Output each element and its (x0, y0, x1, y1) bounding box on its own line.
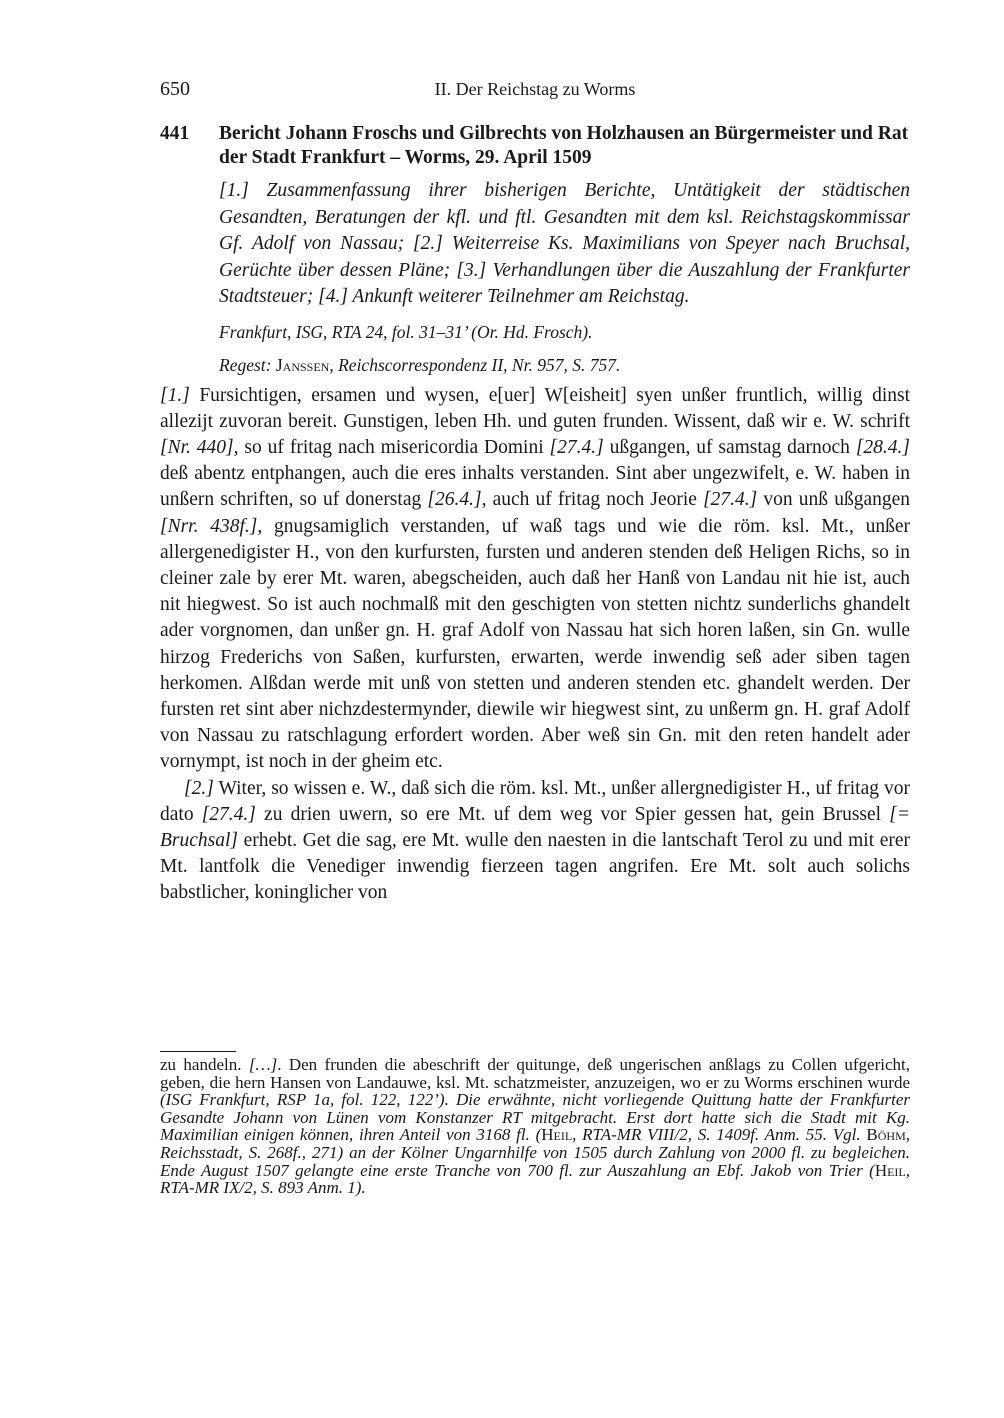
running-head: 650 II. Der Reichstag zu Worms (160, 78, 910, 108)
text-run: , gnugsamiglich verstanden, uf waß tags … (160, 516, 910, 773)
body-text: [1.] Fursichtigen, ersamen und wysen, e[… (160, 383, 910, 907)
text-run: zu handeln. (160, 1055, 249, 1074)
text-run: , so uf fritag nach misericordia Domini (234, 437, 550, 458)
editorial-note: [27.4.] (202, 804, 256, 825)
text-run: zu drien uwern, so ere Mt. uf dem weg vo… (256, 804, 889, 825)
author-name: Heil (541, 1125, 572, 1144)
editorial-note: [26.4.] (427, 489, 481, 510)
footnote-text: zu handeln. […]. Den frunden die abeschr… (160, 1056, 910, 1197)
source-citation: Frankfurt, ISG, RTA 24, fol. 31–31’ (Or.… (219, 320, 910, 344)
footnote-rule (160, 1051, 236, 1052)
regest-summary: [1.] Zusammenfassung ihrer bisherigen Be… (219, 178, 910, 311)
footnotes: zu handeln. […]. Den frunden die abeschr… (160, 1056, 910, 1197)
editorial-note: , RTA-MR VIII/2, S. 1409f. Anm. 55. Vgl. (572, 1125, 866, 1144)
author-name: Heil (875, 1161, 906, 1180)
text-run: , auch uf fritag noch Jeorie (482, 489, 704, 510)
document-number: 441 (160, 122, 219, 170)
paragraph-1: [1.] Fursichtigen, ersamen und wysen, e[… (160, 383, 910, 776)
paragraph-2: [2.] Witer, so wissen e. W., daß sich di… (160, 776, 910, 907)
editorial-note: [28.4.] (856, 437, 910, 458)
regest-rest: , Reichscorrespondenz II, Nr. 957, S. 75… (329, 355, 620, 375)
editorial-note: [2.] (184, 778, 214, 799)
page: 650 II. Der Reichstag zu Worms 441 Beric… (160, 78, 910, 907)
regest-author: Janssen (276, 355, 330, 375)
regest-label: Regest: (219, 355, 271, 375)
document-heading: 441 Bericht Johann Froschs und Gilbrecht… (160, 122, 910, 170)
regest-block: [1.] Zusammenfassung ihrer bisherigen Be… (219, 178, 910, 377)
running-title: II. Der Reichstag zu Worms (160, 79, 910, 100)
editorial-note: [Nrr. 438f.] (160, 516, 257, 537)
author-name: Böhm (866, 1125, 905, 1144)
document-title: Bericht Johann Froschs und Gilbrechts vo… (219, 122, 910, 170)
editorial-note: [Nr. 440] (160, 437, 234, 458)
editorial-note: [1.] (160, 385, 190, 406)
text-run: von unß ußgangen (757, 489, 910, 510)
text-run: Fursichtigen, ersamen und wysen, e[uer] … (160, 385, 910, 432)
regest-reference: Regest: Janssen, Reichscorrespondenz II,… (219, 353, 910, 377)
editorial-note: [27.4.] (550, 437, 604, 458)
text-run: ußgangen, uf samstag darnoch (604, 437, 856, 458)
text-run: erhebt. Get die sag, ere Mt. wulle den n… (160, 830, 910, 903)
editorial-note: [27.4.] (703, 489, 757, 510)
editorial-note: […] (249, 1055, 277, 1074)
